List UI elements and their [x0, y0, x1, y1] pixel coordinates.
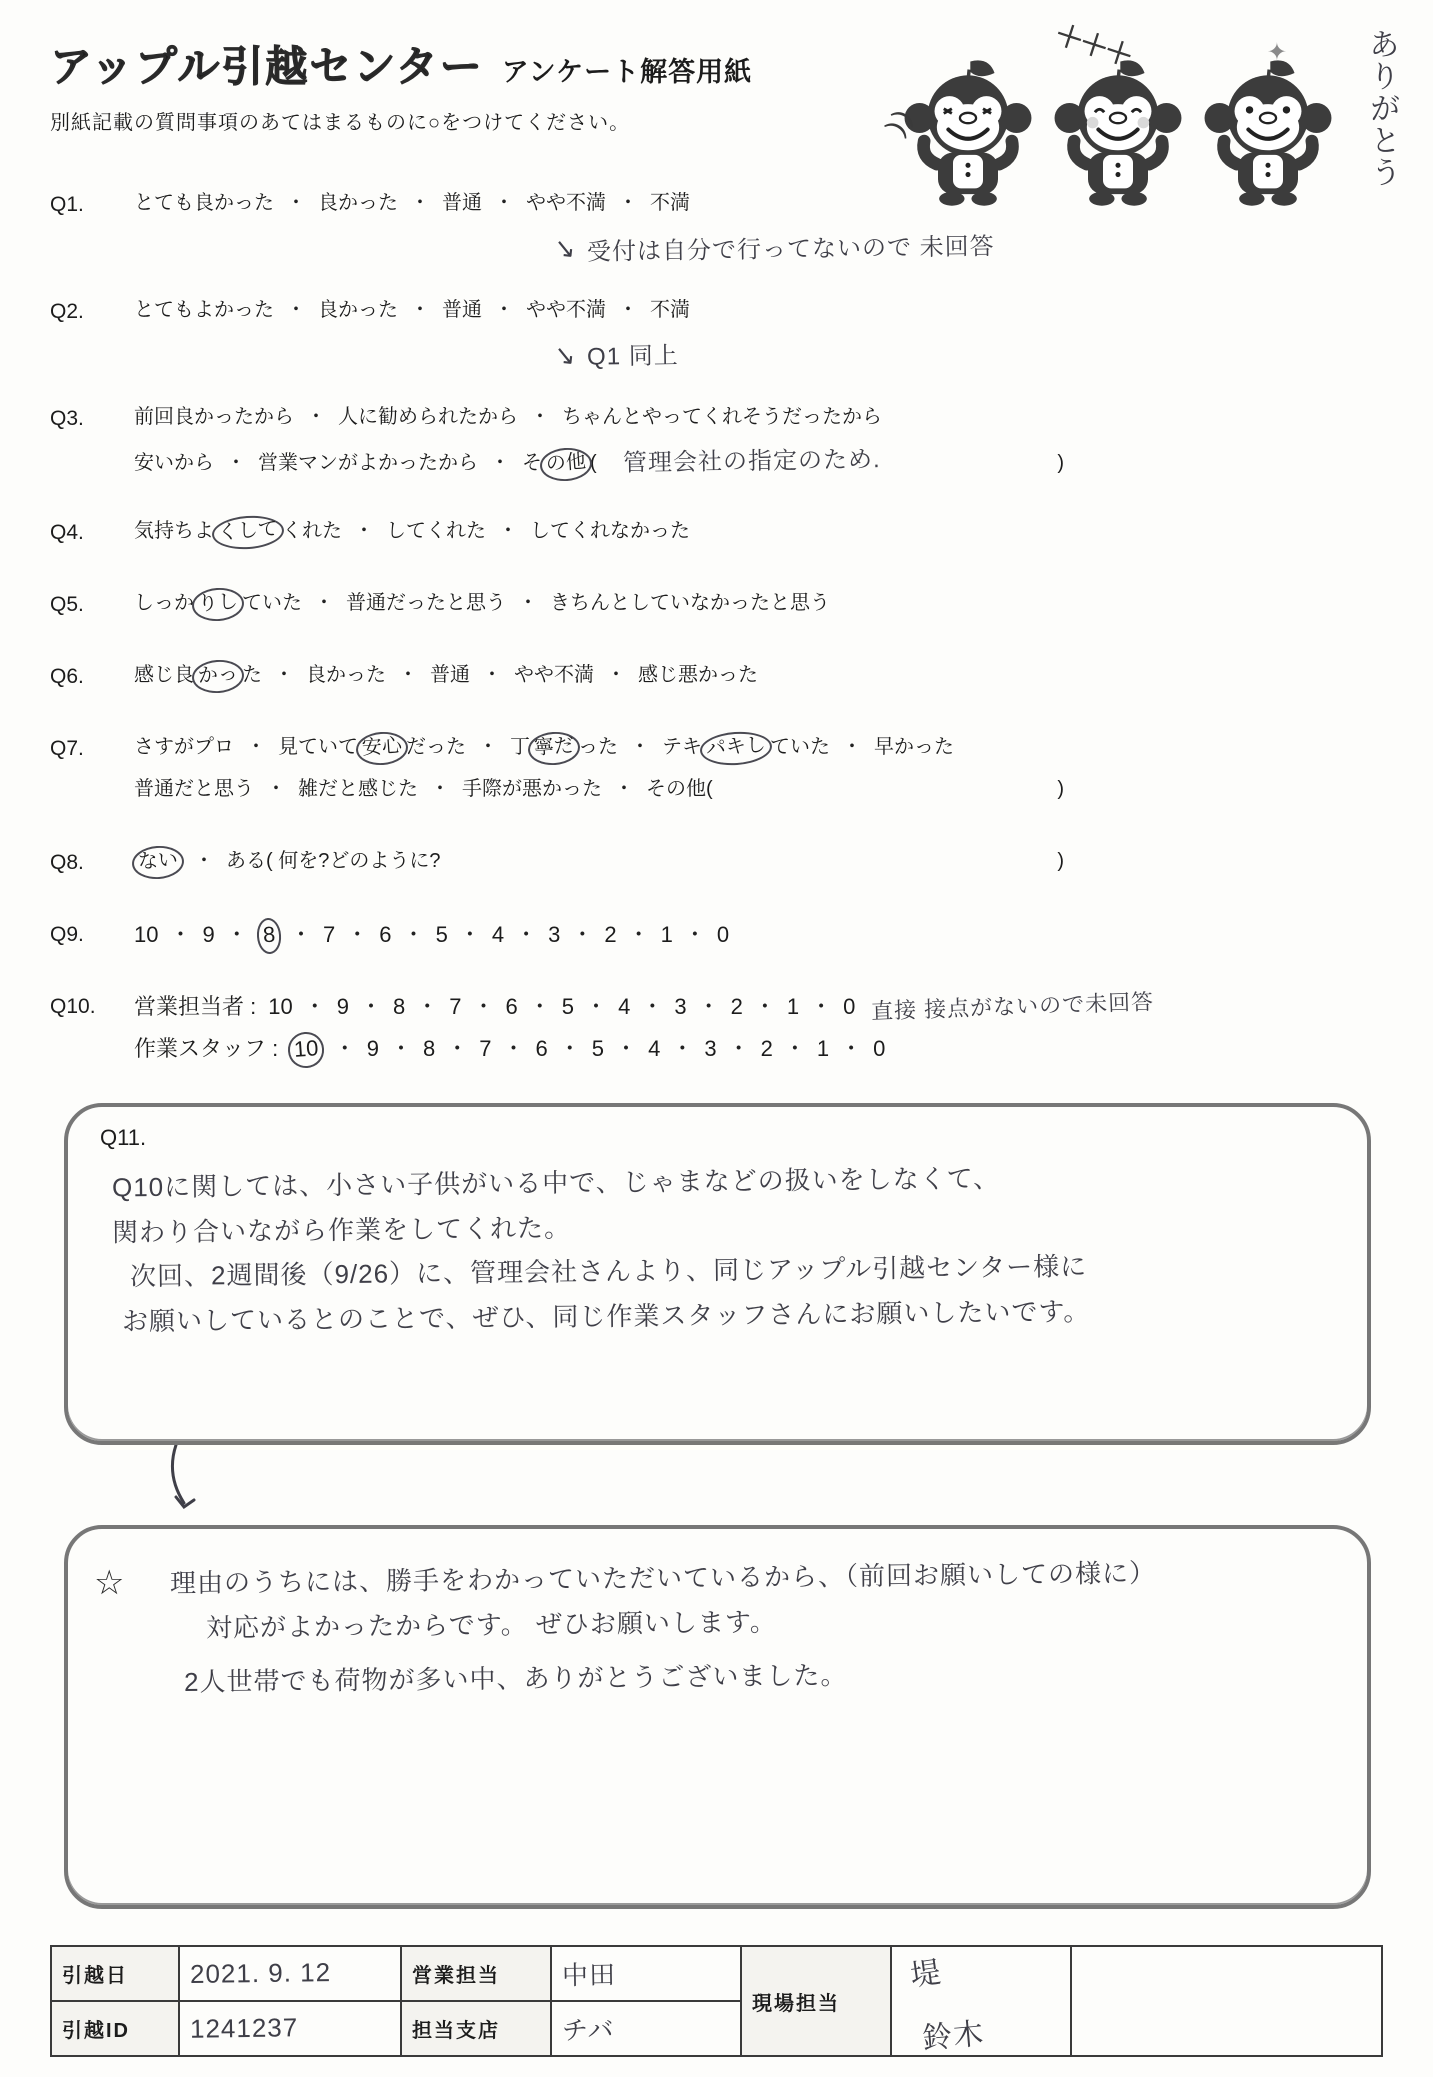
row-prefix: 営業担当者 :	[134, 989, 256, 1024]
option-separator: ・	[226, 447, 246, 479]
option-text: とても良かった	[134, 192, 274, 214]
question-Q5: Q5.しっかりしていた・普通だったと思う・きちんとしていなかったと思う	[50, 587, 1383, 629]
answer-option[interactable]: しっかりしていた	[134, 587, 302, 619]
answer-option[interactable]: 7	[323, 917, 335, 952]
option-separator: ・	[618, 187, 638, 219]
answer-option[interactable]: 丁寧だった	[510, 731, 618, 763]
question-number: Q6.	[50, 659, 134, 701]
option-separator: ・	[354, 515, 374, 547]
option-text: 8	[423, 1036, 435, 1061]
reason-comment-box: ☆ 理由のうちには、勝手をわかっていただいているから、（前回お願いしての様に）対…	[64, 1525, 1371, 1909]
option-separator: ・	[274, 659, 294, 691]
handwritten-line: 2人世帯でも荷物が多い中、ありがとうございました。	[170, 1648, 1337, 1705]
option-text: 普通	[430, 664, 470, 686]
answer-option[interactable]: 7	[449, 989, 461, 1024]
site-rep-signatures: 堤 鈴木	[891, 1946, 1071, 2056]
option-separator: ・	[266, 773, 286, 805]
question-Q6: Q6.感じ良かった・良かった・普通・やや不満・感じ悪かった	[50, 659, 1383, 701]
option-separator: ・	[346, 917, 368, 952]
handwritten-annotation: Q1 同上	[587, 335, 679, 371]
move-date-label: 引越日	[51, 1946, 179, 2001]
option-separator: ・	[334, 1031, 356, 1066]
question-Q3: Q3.前回良かったから・人に勧められたから・ちゃんとやってくれそうだったから安い…	[50, 401, 1383, 485]
question-Q9: Q9.10・9・8・7・6・5・4・3・2・1・0	[50, 917, 1383, 959]
option-text: 6	[536, 1036, 548, 1061]
question-number: Q8.	[50, 845, 134, 887]
option-text: テキ	[662, 736, 702, 758]
option-separator: ・	[494, 294, 514, 326]
form-title: アンケート解答用紙	[502, 50, 752, 89]
question-number: Q10.	[50, 989, 134, 1073]
monkey-mascots: ）） ＋＋＋ ✦	[904, 28, 1405, 208]
job-info-table: 引越日 2021. 9. 12 営業担当 中田 現場担当 堤 鈴木 引越ID 1…	[50, 1945, 1383, 2057]
option-text: とてもよかった	[134, 299, 274, 321]
option-separator: ・	[410, 187, 430, 219]
option-text: 7	[449, 994, 461, 1019]
option-text: 見ていて	[278, 736, 358, 758]
option-separator: ・	[490, 447, 510, 479]
option-separator: ・	[246, 731, 266, 763]
option-separator: ・	[529, 989, 551, 1024]
option-text: 感じ悪かった	[638, 664, 758, 686]
answer-option[interactable]: とてもよかった	[134, 294, 274, 326]
option-text: 0	[717, 922, 729, 947]
question-Q10: Q10.営業担当者 :10・9・8・7・6・5・4・3・2・1・0直接 接点がな…	[50, 989, 1383, 1073]
option-text: ある( 何を?どのように?	[226, 850, 440, 872]
answer-option[interactable]: 10	[290, 1031, 322, 1066]
option-separator: ・	[615, 1031, 637, 1066]
answer-option[interactable]: 1	[787, 989, 799, 1024]
answer-option[interactable]: 普通	[442, 187, 482, 219]
pen-arrow-icon: ↘	[552, 232, 578, 265]
reason-handwritten-text: 理由のうちには、勝手をわかっていただいているから、（前回お願いしての様に）対応が…	[170, 1555, 1337, 1699]
option-separator: ・	[226, 917, 248, 952]
option-text: やや不満	[526, 192, 606, 214]
question-Q7: Q7.さすがプロ・見ていて安心だった・丁寧だった・テキパキしていた・早かった普通…	[50, 731, 1383, 815]
sales-rep-label: 営業担当	[401, 1946, 551, 2001]
options-row: 作業スタッフ :10・9・8・7・6・5・4・3・2・1・0	[134, 1031, 1383, 1073]
option-separator: ・	[698, 989, 720, 1024]
move-id-value: 1241237	[190, 2012, 299, 2045]
option-text: 1	[787, 994, 799, 1019]
option-text: 人に勧められたから	[338, 406, 518, 428]
option-text: してくれなかった	[530, 520, 690, 542]
move-date-value: 2021. 9. 12	[190, 1957, 332, 1990]
question-content: しっかりしていた・普通だったと思う・きちんとしていなかったと思う	[134, 587, 1383, 629]
question-number: Q5.	[50, 587, 134, 629]
answer-option[interactable]: 感じ悪かった	[638, 659, 758, 691]
option-text: 丁	[510, 736, 530, 758]
option-text: 5	[562, 994, 574, 1019]
question-content: 営業担当者 :10・9・8・7・6・5・4・3・2・1・0直接 接点がないので未…	[134, 989, 1383, 1073]
pen-arrow-connector	[146, 1445, 226, 1519]
option-text: 6	[379, 922, 391, 947]
option-separator: ・	[410, 294, 430, 326]
answer-option[interactable]: 普通	[430, 659, 470, 691]
option-text: 普通だったと思う	[346, 592, 506, 614]
option-separator: ・	[810, 989, 832, 1024]
handwritten-note: 管理会社の指定のため.	[622, 441, 880, 483]
option-text: だった	[406, 736, 466, 758]
option-text: 感じ良	[134, 664, 194, 686]
option-text: 手際が悪かった	[462, 778, 602, 800]
option-separator: ・	[628, 917, 650, 952]
option-separator: ・	[290, 917, 312, 952]
row-prefix: 作業スタッフ :	[134, 1031, 278, 1066]
answer-option[interactable]: 6	[379, 917, 391, 952]
option-separator: ・	[304, 989, 326, 1024]
option-text: 雑だと感じた	[298, 778, 418, 800]
option-separator: ・	[571, 917, 593, 952]
option-separator: ・	[430, 773, 450, 805]
option-separator: ・	[641, 989, 663, 1024]
option-separator: ・	[459, 917, 481, 952]
answer-option[interactable]: 3	[674, 989, 686, 1024]
options-row: ない・ある( 何を?どのように?)	[134, 845, 1064, 887]
option-text: 5	[592, 1036, 604, 1061]
site-rep-label: 現場担当	[741, 1946, 891, 2056]
question-Q2: Q2.とてもよかった・良かった・普通・やや不満・不満↘Q1 同上	[50, 294, 1383, 371]
monkey-mascot-icon	[1054, 58, 1182, 208]
option-separator: ・	[585, 989, 607, 1024]
answer-option[interactable]: 不満	[650, 294, 690, 326]
question-content: とてもよかった・良かった・普通・やや不満・不満↘Q1 同上	[134, 294, 1383, 371]
monkey-mascot-icon	[1204, 58, 1332, 208]
pen-circle-mark: パキし	[699, 730, 773, 768]
answer-option[interactable]: 4	[618, 989, 630, 1024]
pen-circle-mark: 安心	[355, 730, 409, 767]
option-text: 10	[134, 922, 158, 947]
answer-option[interactable]: 手際が悪かった	[462, 773, 602, 805]
question-content: 気持ちよくしてくれた・してくれた・してくれなかった	[134, 515, 1383, 557]
option-separator: ・	[559, 1031, 581, 1066]
handwritten-annotation: 直接 接点がないので未回答	[871, 984, 1155, 1029]
option-separator: ・	[416, 989, 438, 1024]
option-text: 安いから	[134, 452, 214, 474]
option-separator: ・	[473, 989, 495, 1024]
option-separator: ・	[842, 731, 862, 763]
option-separator: ・	[630, 731, 650, 763]
answer-option[interactable]: とても良かった	[134, 187, 274, 219]
answer-option[interactable]: 安いから	[134, 447, 214, 479]
answer-option[interactable]: ちゃんとやってくれそうだったから	[562, 401, 882, 433]
question-Q8: Q8.ない・ある( 何を?どのように?)	[50, 845, 1383, 887]
option-text: 3	[674, 994, 686, 1019]
answer-option[interactable]: 2	[604, 917, 616, 952]
answer-option[interactable]: ない	[134, 845, 182, 877]
answer-option[interactable]: 人に勧められたから	[338, 401, 518, 433]
branch-label: 担当支店	[401, 2001, 551, 2056]
options-row: 感じ良かった・良かった・普通・やや不満・感じ悪かった	[134, 659, 1383, 701]
closing-paren: )	[1057, 845, 1064, 877]
pen-circle-mark: かっ	[191, 658, 245, 695]
pen-circle-mark: 寧だ	[527, 730, 581, 767]
question-content: 前回良かったから・人に勧められたから・ちゃんとやってくれそうだったから安いから・…	[134, 401, 1383, 485]
option-text: 5	[436, 922, 448, 947]
option-separator: ・	[515, 917, 537, 952]
option-text: 普通	[442, 299, 482, 321]
option-text: 4	[648, 1036, 660, 1061]
option-text: ちゃんとやってくれそうだったから	[562, 406, 882, 428]
answer-option[interactable]: 普通だったと思う	[346, 587, 506, 619]
option-separator: ・	[306, 401, 326, 433]
answer-option[interactable]: 0	[843, 989, 855, 1024]
answer-option[interactable]: 9	[367, 1031, 379, 1066]
pen-circle-mark: 10	[287, 1031, 326, 1069]
option-text: 6	[506, 994, 518, 1019]
option-separator: ・	[503, 1031, 525, 1066]
answer-option[interactable]: さすがプロ	[134, 731, 234, 763]
option-text: 良かった	[318, 192, 398, 214]
options-row: 安いから・営業マンがよかったから・その他(管理会社の指定のため.)	[134, 443, 1064, 485]
answer-option[interactable]: 0	[873, 1031, 885, 1066]
question-number: Q1.	[50, 187, 134, 264]
answer-option[interactable]: 0	[717, 917, 729, 952]
option-text: やや不満	[526, 299, 606, 321]
options-row: さすがプロ・見ていて安心だった・丁寧だった・テキパキしていた・早かった	[134, 731, 1383, 773]
option-text: 普通	[442, 192, 482, 214]
answer-option[interactable]: 5	[562, 989, 574, 1024]
option-text: ていた	[770, 736, 830, 758]
answer-option[interactable]: 雑だと感じた	[298, 773, 418, 805]
pen-circle-mark: の他	[539, 446, 593, 483]
site-rep-signature: 堤	[907, 1947, 944, 1995]
answer-option[interactable]: 8	[259, 917, 279, 952]
options-row: しっかりしていた・普通だったと思う・きちんとしていなかったと思う	[134, 587, 1383, 629]
answer-option[interactable]: やや不満	[526, 187, 606, 219]
answer-option[interactable]: 良かった	[318, 294, 398, 326]
option-text: 1	[817, 1036, 829, 1061]
option-text: 8	[393, 994, 405, 1019]
answer-option[interactable]: 8	[423, 1031, 435, 1066]
option-text: 9	[337, 994, 349, 1019]
brand-logo-text: アップル引越センター	[50, 34, 484, 94]
option-text: さすがプロ	[134, 736, 234, 758]
question-number: Q7.	[50, 731, 134, 815]
option-text: た	[242, 664, 262, 686]
pen-circle-mark: くして	[211, 514, 285, 552]
answer-option[interactable]: 8	[393, 989, 405, 1024]
answer-option[interactable]: 普通	[442, 294, 482, 326]
q11-label: Q11.	[100, 1125, 1337, 1151]
option-text: 早かった	[874, 736, 954, 758]
option-separator: ・	[614, 773, 634, 805]
pen-circle-mark: りし	[191, 586, 245, 623]
thank-you-handwriting: ありがとう	[1359, 28, 1407, 219]
option-text: きちんとしていなかったと思う	[550, 592, 830, 614]
answer-option[interactable]: 9	[203, 917, 215, 952]
pen-circle-mark: ない	[131, 844, 185, 881]
option-separator: ・	[398, 659, 418, 691]
star-marker: ☆	[94, 1563, 124, 1603]
option-separator: ・	[446, 1031, 468, 1066]
option-text: 10	[268, 994, 292, 1019]
option-separator: ・	[671, 1031, 693, 1066]
option-separator: ・	[194, 845, 214, 877]
question-number: Q9.	[50, 917, 134, 959]
option-text: 不満	[650, 299, 690, 321]
option-separator: ・	[494, 187, 514, 219]
option-separator: ・	[784, 1031, 806, 1066]
option-separator: ・	[482, 659, 502, 691]
answer-option[interactable]: 前回良かったから	[134, 401, 294, 433]
answer-option[interactable]: 良かった	[306, 659, 386, 691]
answer-option[interactable]: 不満	[650, 187, 690, 219]
answer-option[interactable]: やや不満	[514, 659, 594, 691]
option-text: 7	[323, 922, 335, 947]
option-text: 9	[203, 922, 215, 947]
answer-option[interactable]: してくれなかった	[530, 515, 690, 547]
option-text: 1	[661, 922, 673, 947]
option-text: してくれた	[386, 520, 486, 542]
option-text: 4	[618, 994, 630, 1019]
answer-option[interactable]: テキパキしていた	[662, 731, 830, 763]
option-text: くれた	[282, 520, 342, 542]
option-separator: ・	[518, 587, 538, 619]
answer-option[interactable]: 3	[704, 1031, 716, 1066]
option-text: 3	[548, 922, 560, 947]
option-text: ていた	[242, 592, 302, 614]
option-text: 4	[492, 922, 504, 947]
option-text: った	[578, 736, 618, 758]
q11-comment-box: Q11. Q10に関しては、小さい子供がいる中で、じゃまなどの扱いをしなくて、関…	[64, 1103, 1371, 1445]
branch-value: チバ	[562, 2010, 615, 2048]
option-text: 不満	[650, 192, 690, 214]
answer-option[interactable]: 5	[592, 1031, 604, 1066]
option-text: 普通だと思う	[134, 778, 254, 800]
answer-option[interactable]: 早かった	[874, 731, 954, 763]
option-separator: ・	[286, 187, 306, 219]
options-row: 気持ちよくしてくれた・してくれた・してくれなかった	[134, 515, 1383, 557]
option-separator: ・	[314, 587, 334, 619]
handwritten-annotation-row: ↘受付は自分で行ってないので 未回答	[554, 229, 1383, 264]
answer-option[interactable]: 5	[436, 917, 448, 952]
option-separator: ・	[840, 1031, 862, 1066]
answer-option[interactable]: 9	[337, 989, 349, 1024]
answer-option[interactable]: 感じ良かった	[134, 659, 262, 691]
answer-option[interactable]: 営業マンがよかったから	[258, 447, 478, 479]
survey-sheet: アップル引越センター アンケート解答用紙 別紙記載の質問事項のあてはまるものに○…	[0, 0, 1433, 2077]
answer-option[interactable]: 1	[661, 917, 673, 952]
site-rep-signature: 鈴木	[920, 2008, 986, 2057]
question-content: 感じ良かった・良かった・普通・やや不満・感じ悪かった	[134, 659, 1383, 701]
pen-circle-mark: 8	[256, 917, 283, 954]
option-text: 2	[604, 922, 616, 947]
option-text: 3	[704, 1036, 716, 1061]
move-id-label: 引越ID	[51, 2001, 179, 2056]
option-separator: ・	[390, 1031, 412, 1066]
option-text: そ	[522, 452, 542, 474]
closing-paren: )	[1057, 773, 1064, 805]
option-text: 0	[843, 994, 855, 1019]
option-text: やや不満	[514, 664, 594, 686]
empty-cell	[1071, 1946, 1382, 2056]
option-separator: ・	[169, 917, 191, 952]
answer-option[interactable]: 4	[648, 1031, 660, 1066]
monkey-mascot-icon	[904, 58, 1032, 208]
option-separator: ・	[530, 401, 550, 433]
answer-option[interactable]: その他(	[646, 773, 713, 805]
question-content: 10・9・8・7・6・5・4・3・2・1・0	[134, 917, 1383, 959]
options-row: 営業担当者 :10・9・8・7・6・5・4・3・2・1・0直接 接点がないので未…	[134, 989, 1383, 1031]
option-separator: ・	[360, 989, 382, 1024]
option-text: 2	[731, 994, 743, 1019]
answer-option[interactable]: 10	[268, 989, 292, 1024]
option-separator: ・	[478, 731, 498, 763]
answer-option[interactable]: 6	[506, 989, 518, 1024]
option-text: 9	[367, 1036, 379, 1061]
option-text: 営業マンがよかったから	[258, 452, 478, 474]
options-row: 前回良かったから・人に勧められたから・ちゃんとやってくれそうだったから	[134, 401, 1383, 443]
answer-option[interactable]: やや不満	[526, 294, 606, 326]
answer-option[interactable]: 2	[731, 989, 743, 1024]
answer-option[interactable]: 見ていて安心だった	[278, 731, 466, 763]
pen-arrow-icon: ↘	[552, 339, 578, 372]
option-text: 2	[761, 1036, 773, 1061]
answer-option[interactable]: きちんとしていなかったと思う	[550, 587, 830, 619]
answer-option[interactable]: 4	[492, 917, 504, 952]
option-text: しっか	[134, 592, 194, 614]
option-separator: ・	[684, 917, 706, 952]
answer-option[interactable]: 1	[817, 1031, 829, 1066]
option-text: 気持ちよ	[134, 520, 214, 542]
option-text: 前回良かったから	[134, 406, 294, 428]
option-separator: ・	[606, 659, 626, 691]
question-number: Q2.	[50, 294, 134, 371]
answer-option[interactable]: 2	[761, 1031, 773, 1066]
answer-option[interactable]: その他(	[522, 447, 597, 479]
sparkle-icon: ✦	[1267, 38, 1287, 67]
option-separator: ・	[618, 294, 638, 326]
option-text: 良かった	[318, 299, 398, 321]
option-text: その他(	[646, 778, 713, 800]
option-text: 7	[479, 1036, 491, 1061]
option-separator: ・	[403, 917, 425, 952]
answer-option[interactable]: 7	[479, 1031, 491, 1066]
questions: Q1.とても良かった・良かった・普通・やや不満・不満↘受付は自分で行ってないので…	[50, 187, 1383, 1073]
answer-option[interactable]: 10	[134, 917, 158, 952]
question-Q4: Q4.気持ちよくしてくれた・してくれた・してくれなかった	[50, 515, 1383, 557]
answer-option[interactable]: 良かった	[318, 187, 398, 219]
option-separator: ・	[498, 515, 518, 547]
option-separator: ・	[728, 1031, 750, 1066]
handwritten-annotation-row: ↘Q1 同上	[554, 336, 1383, 371]
question-number: Q4.	[50, 515, 134, 557]
answer-option[interactable]: 3	[548, 917, 560, 952]
sales-rep-value: 中田	[562, 1955, 617, 1993]
answer-option[interactable]: 気持ちよくしてくれた	[134, 515, 342, 547]
option-separator: ・	[286, 294, 306, 326]
answer-option[interactable]: ある( 何を?どのように?	[226, 845, 440, 877]
closing-paren: )	[1057, 447, 1064, 479]
options-row: とてもよかった・良かった・普通・やや不満・不満	[134, 294, 1383, 336]
answer-option[interactable]: 6	[536, 1031, 548, 1066]
question-content: ない・ある( 何を?どのように?)	[134, 845, 1383, 887]
option-text: 良かった	[306, 664, 386, 686]
options-row: 10・9・8・7・6・5・4・3・2・1・0	[134, 917, 1383, 959]
answer-option[interactable]: 普通だと思う	[134, 773, 254, 805]
question-content: さすがプロ・見ていて安心だった・丁寧だった・テキパキしていた・早かった普通だと思…	[134, 731, 1383, 815]
options-row: 普通だと思う・雑だと感じた・手際が悪かった・その他()	[134, 773, 1064, 815]
q11-handwritten-text: Q10に関しては、小さい子供がいる中で、じゃまなどの扱いをしなくて、関わり合いな…	[112, 1159, 1337, 1338]
option-separator: ・	[754, 989, 776, 1024]
option-text: 0	[873, 1036, 885, 1061]
question-number: Q3.	[50, 401, 134, 485]
answer-option[interactable]: してくれた	[386, 515, 486, 547]
handwritten-annotation: 受付は自分で行ってないので 未回答	[587, 226, 995, 267]
